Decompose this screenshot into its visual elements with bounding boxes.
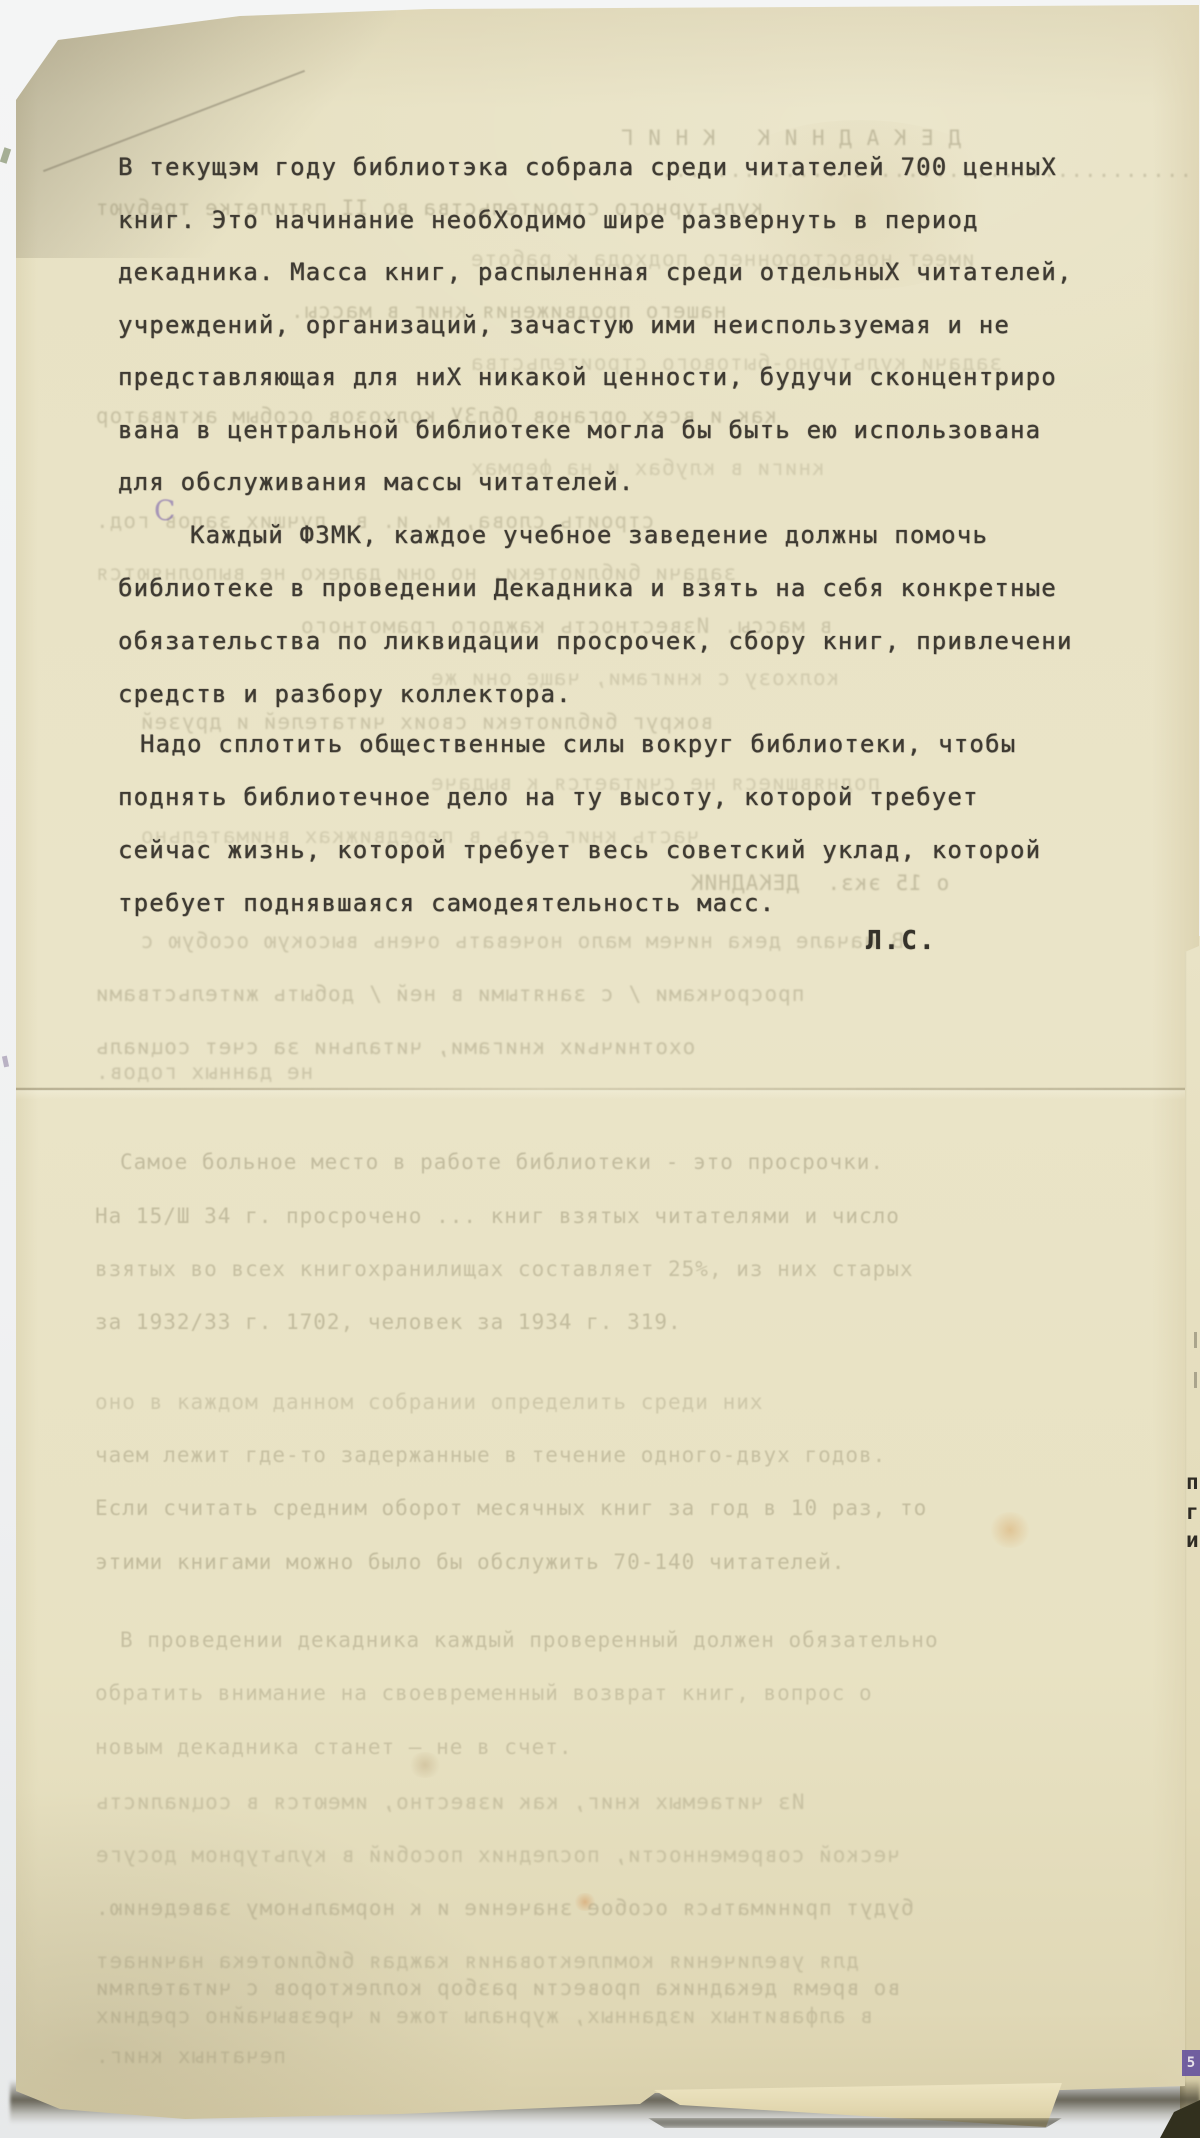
paper-sheet: Д Е К А Д Н И К К Н И Г.................…: [0, 0, 1200, 2138]
typed-line: вана в центральной библиотеке могла бы б…: [118, 416, 1041, 444]
torn-flap-shadow: [648, 2118, 1062, 2128]
scanned-document-page: Д Е К А Д Н И К К Н И Г.................…: [0, 0, 1200, 2138]
typed-line: сейчас жизнь, которой требует весь совет…: [118, 836, 1041, 864]
ghost-line-mirrored: во время декадника провести разбор колле…: [95, 1976, 900, 2000]
ghost-line-mirrored: в алфавитных изданных, журналы тоже и чр…: [95, 2004, 873, 2028]
adjacent-page-letter: г: [1186, 1500, 1199, 1524]
paper-stain: [988, 1512, 1032, 1548]
typed-line: учреждений, организаций, зачастую ими не…: [118, 311, 1010, 339]
ghost-line-mirrored: печатных книг.: [95, 2044, 286, 2068]
ghost-line-faint: взятых во всех книгохранилищах составляе…: [95, 1257, 914, 1281]
typed-line: требует поднявшаяся самодеятельность мас…: [118, 889, 775, 917]
ghost-line-mirrored: Д Е К А Д Н И К К Н И Г: [620, 126, 961, 150]
edge-mark: [1194, 1372, 1197, 1388]
purple-stamp-fragment: 5: [1182, 2050, 1200, 2076]
ghost-line-faint: новым декадника станет — не в счет.: [95, 1735, 573, 1759]
ghost-line-mirrored: будут приниматься особое значение и к но…: [95, 1896, 914, 1920]
edge-mark: [1194, 1332, 1197, 1348]
margin-speck: [2, 1056, 9, 1068]
typed-line: декадника. Масса книг, распыленная среди…: [118, 258, 1073, 286]
ghost-line-faint: за 1932/33 г. 1702, человек за 1934 г. 3…: [95, 1310, 682, 1334]
ghost-line-mirrored: не данных годов.: [95, 1060, 313, 1084]
ghost-line-faint: На 15/Ш 34 г. просрочено ... книг взятых…: [95, 1204, 900, 1228]
ghost-line-faint: обратить внимание на своевременный возвр…: [95, 1681, 873, 1705]
signature-initials: Л.С.: [866, 926, 937, 956]
typed-line: представляющая для ниХ никакой ценности,…: [118, 363, 1057, 391]
typed-line: Каждый ФЗМК, каждое учебное заведение до…: [190, 521, 988, 549]
typed-line: книг. Это начинание необХодимо шире разв…: [118, 206, 979, 234]
ghost-line-mirrored: Из читаемых книг, как известно, имеются …: [95, 1790, 804, 1814]
ghost-line-faint: чаем лежит где-то задержанные в течение …: [95, 1443, 886, 1467]
typed-line: поднять библиотечное дело на ту высоту, …: [118, 783, 979, 811]
typed-line: для обслуживания массы читателей.: [118, 468, 634, 496]
purple-ink-mark: С: [154, 494, 175, 527]
ghost-line-faint: оно в каждом данном собрании определить …: [95, 1390, 764, 1414]
ghost-line-faint: этими книгами можно было бы обслужить 70…: [95, 1550, 845, 1574]
typed-line: средств и разбору коллектора.: [118, 680, 572, 708]
fold-crease-highlight: [0, 1090, 1200, 1100]
ghost-line-mirrored: просрочками / с занятыми в ней / добыть …: [95, 982, 804, 1006]
ghost-line-mirrored: ческой современности, последних пособий …: [95, 1843, 900, 1867]
typed-line: библиотеке в проведении Декадника и взят…: [118, 574, 1057, 602]
ghost-line-mirrored: для увеличения комплектования каждая биб…: [95, 1949, 859, 1973]
ghost-line-mirrored: В начале дека ничем мало ночевать очень …: [140, 929, 904, 953]
ghost-line-mirrored: охотничьих книгами, читальни за счет соц…: [95, 1035, 695, 1059]
ghost-line-faint: Если считать средним оборот месячных кни…: [95, 1496, 927, 1520]
typed-line: В текущэм году библиотэка собрала среди …: [118, 153, 1057, 181]
typed-line: Надо сплотить общественные силы вокруг б…: [140, 730, 1016, 758]
ghost-line-faint: В проведении декадника каждый проверенны…: [120, 1628, 939, 1652]
typed-line: обязательства по ликвидации просрочек, с…: [118, 627, 1073, 655]
ghost-line-faint: Самое больное место в работе библиотеки …: [120, 1150, 884, 1174]
adjacent-page-letter: и: [1186, 1528, 1199, 1552]
margin-speck: [0, 147, 11, 163]
adjacent-page-letter: п: [1186, 1470, 1199, 1494]
